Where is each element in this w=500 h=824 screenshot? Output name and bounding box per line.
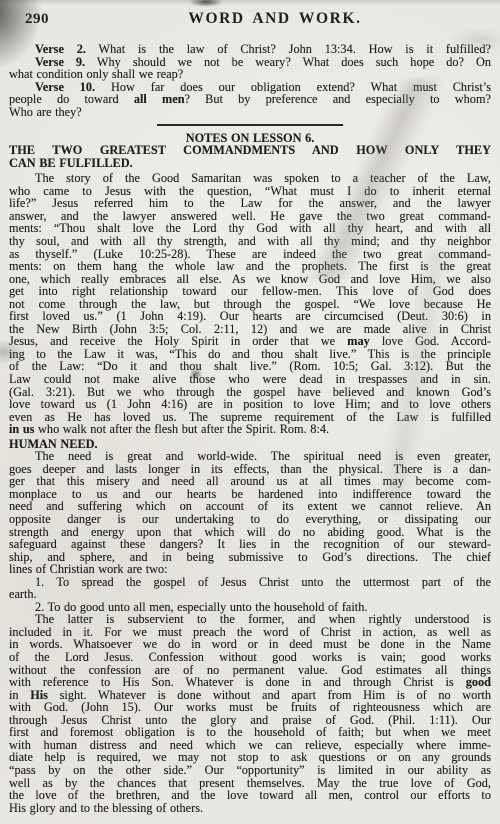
bold-text: CAN BE FULFILLED. — [9, 156, 133, 170]
page-header: 290 WORD AND WORK. — [0, 0, 500, 28]
text: ? But by preference and especially to wh… — [185, 92, 491, 106]
page-number: 290 — [25, 11, 59, 28]
text: 1. To spread the gospel of Jesus Christ … — [35, 575, 491, 589]
bold-text: all men — [134, 92, 185, 106]
list-item-line: 1. To spread the gospel of Jesus Christ … — [9, 576, 491, 589]
text: Who are they? — [9, 105, 82, 119]
document-page: 290 WORD AND WORK. Verse 2. What is the … — [0, 0, 500, 824]
text: earth. — [9, 587, 37, 601]
text-line: in us who walk not after the flesh but a… — [9, 423, 491, 436]
text: His glory and to the blessing of others. — [9, 801, 203, 815]
divider-line — [157, 124, 343, 126]
section-divider — [9, 123, 491, 125]
journal-title: WORD AND WORK. — [59, 10, 491, 28]
question-line: Who are they? — [9, 106, 491, 119]
page-content: Verse 2. What is the law of Christ? John… — [0, 43, 500, 814]
text-line: His glory and to the blessing of others. — [9, 802, 491, 815]
text: who walk not after the flesh but after t… — [34, 422, 329, 436]
bold-text: in us — [9, 422, 34, 436]
section-heading-line: CAN BE FULFILLED. — [9, 157, 491, 170]
